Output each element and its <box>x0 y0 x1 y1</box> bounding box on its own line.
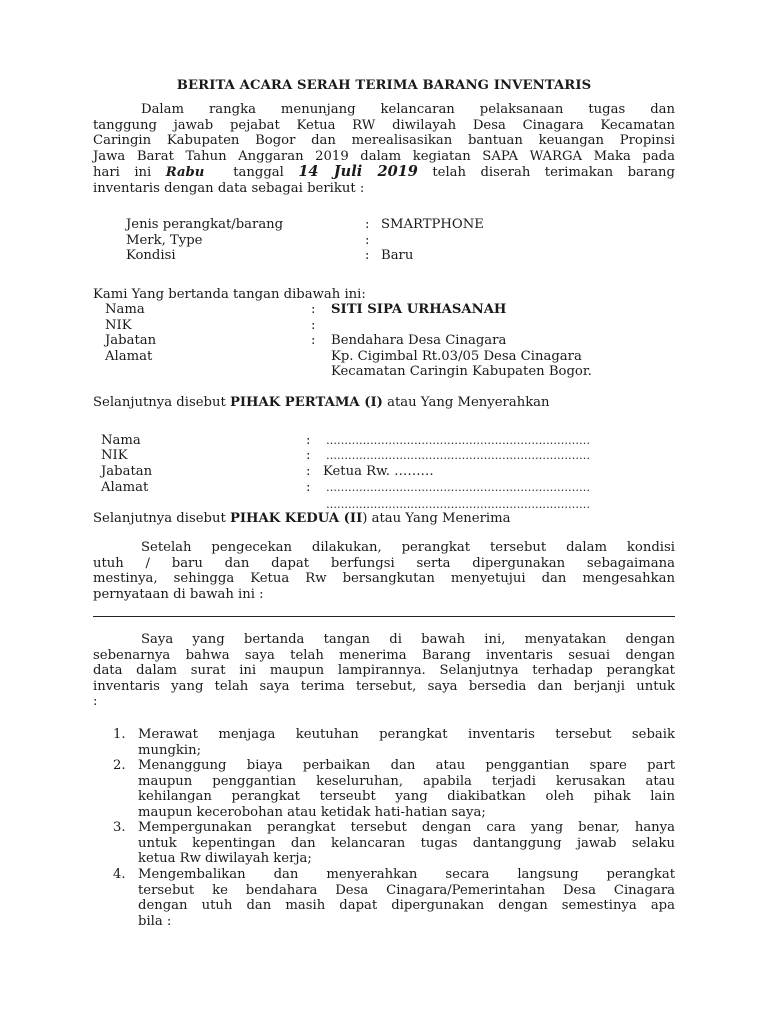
field-colon: : <box>306 448 310 464</box>
designation-suffix: ) atau Yang Menerima <box>362 511 510 526</box>
designation-prefix: Selanjutnya disebut <box>93 395 226 410</box>
list-number: 3. <box>113 820 126 836</box>
designation-prefix: Selanjutnya disebut <box>93 511 226 526</box>
item-detail-label: Merk, Type <box>126 233 202 249</box>
list-number: 1. <box>113 727 126 743</box>
first-party-row: Alamat Kp. Cigimbal Rt.03/05 Desa Cinaga… <box>0 349 768 365</box>
inspection-line-4: pernyataan di bawah ini : <box>93 587 675 603</box>
statement-line-1: Saya yang bertanda tangan di bawah ini, … <box>93 632 675 648</box>
intro-paragraph: Dalam rangka menunjang kelancaran pelaks… <box>93 102 675 197</box>
item-type-value: SMARTPHONE <box>381 217 484 233</box>
inspection-line-1: Setelah pengecekan dilakukan, perangkat … <box>93 540 675 556</box>
list-line: Mempergunakan perangkat tersebut dengan … <box>138 820 675 836</box>
list-line: tersebut ke bendahara Desa Cinagara/Peme… <box>138 883 675 899</box>
field-colon: : <box>306 480 310 496</box>
list-line: kehilangan perangkat terseubt yang diaki… <box>138 789 675 805</box>
field-colon: : <box>306 464 310 480</box>
list-line: untuk kepentingan dan kelancaran tugas d… <box>138 836 675 852</box>
field-colon: : <box>306 433 310 449</box>
first-party-name: SITI SIPA URHASANAH <box>331 302 506 318</box>
second-party-position: Ketua Rw. ……… <box>323 464 434 480</box>
designation-bold: PIHAK KEDUA (II <box>230 511 362 526</box>
item-detail-colon: : <box>365 217 369 233</box>
first-party-address-line2: Kecamatan Caringin Kabupaten Bogor. <box>331 364 592 380</box>
statement-line-2: sebenarnya bahwa saya telah menerima Bar… <box>93 648 675 664</box>
list-line: Merawat menjaga keutuhan perangkat inven… <box>138 727 675 743</box>
first-party-address: Kp. Cigimbal Rt.03/05 Desa Cinagara <box>331 349 582 365</box>
second-party-nik-blank: ……………………………………………………………… <box>326 448 666 464</box>
list-line: Menanggung biaya perbaikan dan atau peng… <box>138 758 675 774</box>
document-title: BERITA ACARA SERAH TERIMA BARANG INVENTA… <box>0 78 768 93</box>
second-party-address-blank: ……………………………………………………………… <box>326 480 666 496</box>
first-party-row: Nama : SITI SIPA URHASANAH <box>0 302 768 318</box>
intro-line-3: Caringin Kabupaten Bogor dan merealisasi… <box>93 133 675 149</box>
list-number: 2. <box>113 758 126 774</box>
section-divider <box>93 616 675 617</box>
item-detail-colon: : <box>365 233 369 249</box>
field-colon: : <box>311 302 315 318</box>
party-intro: Kami Yang bertanda tangan dibawah ini: <box>93 287 366 303</box>
second-party-designation: Selanjutnya disebut PIHAK KEDUA (II) ata… <box>93 511 510 527</box>
first-party-designation: Selanjutnya disebut PIHAK PERTAMA (I) at… <box>93 395 550 411</box>
second-party-name-blank: ……………………………………………………………… <box>326 433 666 449</box>
inspection-line-3: mestinya, sehingga Ketua Rw bersangkutan… <box>93 571 675 587</box>
first-party-position: Bendahara Desa Cinagara <box>331 333 506 349</box>
second-party-row: Jabatan : Ketua Rw. ……… <box>0 464 768 480</box>
item-detail-label: Jenis perangkat/barang <box>126 217 283 233</box>
item-detail-row: Merk, Type : <box>0 233 768 249</box>
statement-line-3: data dalam surat ini maupun lampirannya.… <box>93 663 675 679</box>
second-party-row: Alamat : ……………………………………………………………… <box>0 480 768 496</box>
item-detail-row: Jenis perangkat/barang : SMARTPHONE <box>0 217 768 233</box>
field-label: Alamat <box>105 349 152 365</box>
item-detail-colon: : <box>365 248 369 264</box>
inspection-paragraph: Setelah pengecekan dilakukan, perangkat … <box>93 540 675 602</box>
statement-paragraph: Saya yang bertanda tangan di bawah ini, … <box>93 632 675 710</box>
field-label: NIK <box>101 448 128 464</box>
field-label: Nama <box>105 302 145 318</box>
list-line: Mengembalikan dan menyerahkan secara lan… <box>138 867 675 883</box>
item-detail-label: Kondisi <box>126 248 176 264</box>
intro-line-5: hari ini Rabu tanggal 14 Juli 2019 telah… <box>93 164 675 181</box>
field-colon: : <box>311 318 315 334</box>
list-line: ketua Rw diwilayah kerja; <box>138 851 675 867</box>
inspection-line-2: utuh / baru dan dapat berfungsi serta di… <box>93 556 675 572</box>
handover-date: 14 Juli 2019 <box>298 163 418 180</box>
statement-line-4: inventaris yang telah saya terima terseb… <box>93 679 675 695</box>
item-detail-row: Kondisi : Baru <box>0 248 768 264</box>
list-line: mungkin; <box>138 743 675 759</box>
intro-line-2: tanggung jawab pejabat Ketua RW diwilaya… <box>93 118 675 134</box>
intro-line-4: Jawa Barat Tahun Anggaran 2019 dalam keg… <box>93 149 675 165</box>
designation-bold: PIHAK PERTAMA (I) <box>230 395 383 410</box>
field-label: Jabatan <box>105 333 156 349</box>
field-colon: : <box>311 333 315 349</box>
list-number: 4. <box>113 867 126 883</box>
list-line: bila : <box>138 914 675 930</box>
list-line: maupun penggantian keseluruhan, apabila … <box>138 774 675 790</box>
document-page: BERITA ACARA SERAH TERIMA BARANG INVENTA… <box>0 0 768 1024</box>
first-party-row: Jabatan : Bendahara Desa Cinagara <box>0 333 768 349</box>
list-line: maupun kecerobohan atau ketidak hati-hat… <box>138 805 675 821</box>
designation-suffix: atau Yang Menyerahkan <box>387 395 549 410</box>
list-line: dengan utuh dan masih dapat dipergunakan… <box>138 898 675 914</box>
item-condition-value: Baru <box>381 248 413 264</box>
intro-day-prefix: hari ini <box>93 165 151 180</box>
handover-day: Rabu <box>166 165 205 180</box>
field-label: Alamat <box>101 480 148 496</box>
second-party-row: NIK : ……………………………………………………………… <box>0 448 768 464</box>
field-label: Nama <box>101 433 141 449</box>
second-party-row: Nama : ……………………………………………………………… <box>0 433 768 449</box>
field-label: Jabatan <box>101 464 152 480</box>
intro-line5-suffix: telah diserah terimakan barang <box>432 165 675 180</box>
intro-line-1: Dalam rangka menunjang kelancaran pelaks… <box>93 102 675 118</box>
intro-date-prefix: tanggal <box>233 165 284 180</box>
intro-line-6: inventaris dengan data sebagai berikut : <box>93 181 675 197</box>
statement-line-5: : <box>93 694 675 710</box>
field-label: NIK <box>105 318 132 334</box>
first-party-row: NIK : <box>0 318 768 334</box>
